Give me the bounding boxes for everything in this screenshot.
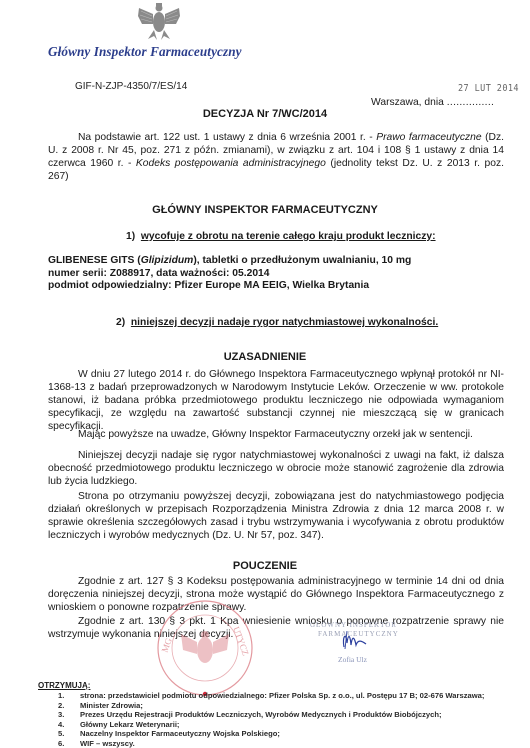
- organization-name: Główny Inspektor Farmaceutyczny: [48, 44, 242, 60]
- reference-number: GIF-N-ZJP-4350/7/ES/14: [75, 81, 187, 92]
- recipient-text: Główny Lekarz Weterynarii;: [80, 720, 179, 729]
- recipient-number: 6.: [58, 739, 80, 748]
- active-substance: Glipizidum: [141, 255, 194, 266]
- law-title-pharmaceutical: Prawo farmaceutyczne: [376, 132, 481, 143]
- recipient-item: 2.Minister Zdrowia;: [58, 701, 484, 711]
- recipient-item: 1.strona: przedstawiciel podmiotu odpowi…: [58, 691, 484, 701]
- responsible-entity-line: podmiot odpowiedzialny: Pfizer Europe MA…: [48, 280, 411, 293]
- product-form: ), tabletki o przedłużonym uwalnianiu, 1…: [193, 255, 411, 266]
- legal-basis-paragraph: Na podstawie art. 122 ust. 1 ustawy z dn…: [48, 131, 504, 183]
- signatory-name: Zofia Ulz: [338, 655, 367, 664]
- place-and-date: Warszawa, dnia ...............: [371, 97, 494, 108]
- recipient-number: 5.: [58, 729, 80, 739]
- recipient-item: 3.Prezes Urzędu Rejestracji Produktów Le…: [58, 710, 484, 720]
- paragraph-text: W dniu 27 lutego 2014 r. do Głównego Ins…: [48, 369, 504, 432]
- paragraph-text: Zgodnie z art. 127 § 3 Kodeksu postępowa…: [48, 576, 504, 613]
- recipient-number: 4.: [58, 720, 80, 730]
- stamped-date: 27 LUT 2014: [458, 83, 519, 94]
- legal-basis-text: Na podstawie art. 122 ust. 1 ustawy z dn…: [78, 132, 376, 143]
- authority-heading: GŁÓWNY INSPEKTOR FARMACEUTYCZNY: [0, 204, 530, 216]
- justification-paragraph: Strona po otrzymaniu powyższej decyzji, …: [48, 490, 504, 542]
- instruction-heading: POUCZENIE: [0, 560, 530, 572]
- decision-title: DECYZJA Nr 7/WC/2014: [0, 108, 530, 120]
- law-title-administrative: Kodeks postępowania administracyjnego: [136, 158, 326, 169]
- point-number: 2): [116, 317, 125, 328]
- batch-line: numer serii: Z088917, data ważności: 05.…: [48, 268, 411, 281]
- recipient-item: 6.WIF – wszyscy.: [58, 739, 484, 748]
- recipient-item: 4.Główny Lekarz Weterynarii;: [58, 720, 484, 730]
- product-details: GLIBENESE GITS (Glipizidum), tabletki o …: [48, 255, 411, 293]
- polish-eagle-emblem-icon: [136, 2, 182, 42]
- point-text: wycofuje z obrotu na terenie całego kraj…: [141, 231, 436, 242]
- justification-paragraph: Niniejszej decyzji nadaje się rygor naty…: [48, 449, 504, 488]
- instruction-paragraph: Zgodnie z art. 127 § 3 Kodeksu postępowa…: [48, 575, 504, 614]
- recipient-text: Naczelny Inspektor Farmaceutyczny Wojska…: [80, 729, 280, 738]
- justification-paragraph: Mając powyższe na uwadze, Główny Inspekt…: [48, 428, 504, 441]
- point-number: 1): [126, 231, 135, 242]
- decision-point-2: 2) niniejszej decyzji nadaje rygor natyc…: [116, 317, 438, 328]
- recipients-label: OTRZYMUJĄ:: [38, 681, 90, 690]
- recipient-number: 3.: [58, 710, 80, 720]
- recipient-text: strona: przedstawiciel podmiotu odpowied…: [80, 691, 484, 700]
- paragraph-text: Zgodnie z art. 130 § 3 pkt. 1 Kpa wniesi…: [48, 616, 504, 640]
- date-placeholder-dots: ...............: [447, 97, 494, 108]
- paragraph-text: Niniejszej decyzji nadaje się rygor naty…: [48, 450, 504, 487]
- handwritten-signature-icon: [336, 627, 376, 651]
- product-name-line: GLIBENESE GITS (Glipizidum), tabletki o …: [48, 255, 411, 268]
- place-label: Warszawa, dnia: [371, 97, 444, 108]
- justification-heading: UZASADNIENIE: [0, 351, 530, 363]
- recipient-number: 1.: [58, 691, 80, 701]
- recipient-text: WIF – wszyscy.: [80, 739, 135, 748]
- justification-paragraph: W dniu 27 lutego 2014 r. do Głównego Ins…: [48, 368, 504, 433]
- paragraph-text: Strona po otrzymaniu powyższej decyzji, …: [48, 491, 504, 541]
- recipient-text: Minister Zdrowia;: [80, 701, 143, 710]
- signature-block: GŁÓWNY INSPEKTOR FARMACEUTYCZNY Zofia Ul…: [300, 621, 410, 669]
- paragraph-text: Mając powyższe na uwadze, Główny Inspekt…: [78, 429, 473, 440]
- recipients-list: 1.strona: przedstawiciel podmiotu odpowi…: [58, 691, 484, 748]
- recipient-item: 5.Naczelny Inspektor Farmaceutyczny Wojs…: [58, 729, 484, 739]
- official-round-seal-icon: MG UTYCZ: [155, 598, 255, 698]
- point-text: niniejszej decyzji nadaje rygor natychmi…: [131, 317, 438, 328]
- recipient-number: 2.: [58, 701, 80, 711]
- product-name: GLIBENESE GITS (: [48, 255, 141, 266]
- instruction-paragraph: Zgodnie z art. 130 § 3 pkt. 1 Kpa wniesi…: [48, 615, 504, 641]
- decision-point-1: 1) wycofuje z obrotu na terenie całego k…: [126, 231, 436, 242]
- recipient-text: Prezes Urzędu Rejestracji Produktów Lecz…: [80, 710, 442, 719]
